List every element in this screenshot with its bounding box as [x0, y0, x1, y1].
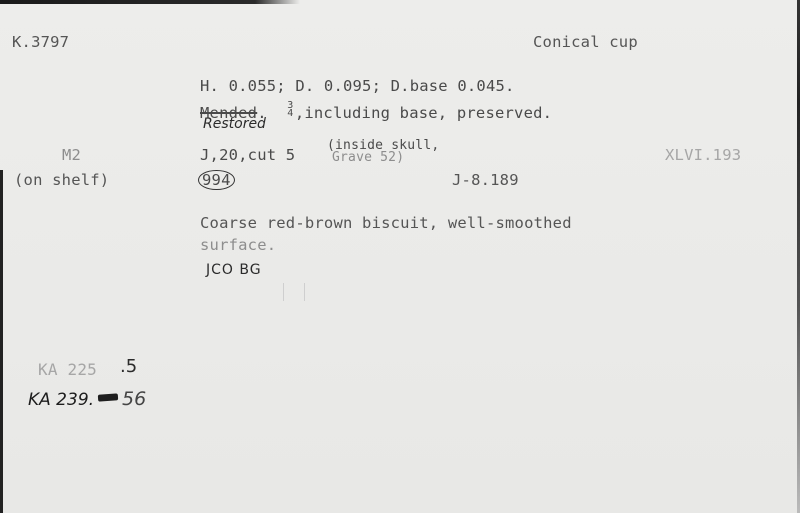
plate-reference: XLVI.193 — [665, 146, 741, 164]
grave-note: Grave 52) — [332, 150, 404, 165]
fraction-denominator: 4 — [287, 108, 293, 119]
storage-note: (on shelf) — [14, 171, 109, 189]
storage-location: M2 — [62, 146, 81, 164]
ka-handwritten-correction: 56 — [122, 388, 146, 410]
handwritten-restored: Restored — [203, 116, 266, 132]
description-line-2: surface. — [200, 236, 276, 254]
dimensions: H. 0.055; D. 0.095; D.base 0.045. — [200, 77, 515, 95]
ka-handwritten-reference: KA 239.56 — [28, 388, 146, 410]
ka-handwritten-prefix: KA 239. — [28, 390, 94, 410]
context-line: J,20,cut 5 — [200, 146, 295, 164]
handwritten-initials: JCO BG — [206, 262, 262, 278]
card-top-edge-shadow — [0, 0, 300, 4]
catalog-card: K.3797 Conical cup H. 0.055; D. 0.095; D… — [0, 0, 800, 513]
object-name: Conical cup — [533, 33, 638, 51]
inventory-reference: J-8.189 — [452, 171, 519, 189]
ka-typed-suffix: .5 — [120, 356, 137, 377]
scribbled-out-number — [98, 393, 118, 401]
description-line-1: Coarse red-brown biscuit, well-smoothed — [200, 214, 572, 232]
preserved-text: ,including base, preserved. — [295, 104, 552, 122]
ka-typed-reference: KA 225 — [38, 360, 97, 379]
faint-pencil-mark — [283, 283, 305, 301]
preserved-fraction: 34 — [286, 102, 295, 118]
catalog-number: K.3797 — [12, 33, 69, 51]
card-left-edge-shadow — [0, 170, 3, 513]
circled-number-wrap: 994 — [198, 170, 235, 190]
circled-number: 994 — [198, 170, 235, 190]
